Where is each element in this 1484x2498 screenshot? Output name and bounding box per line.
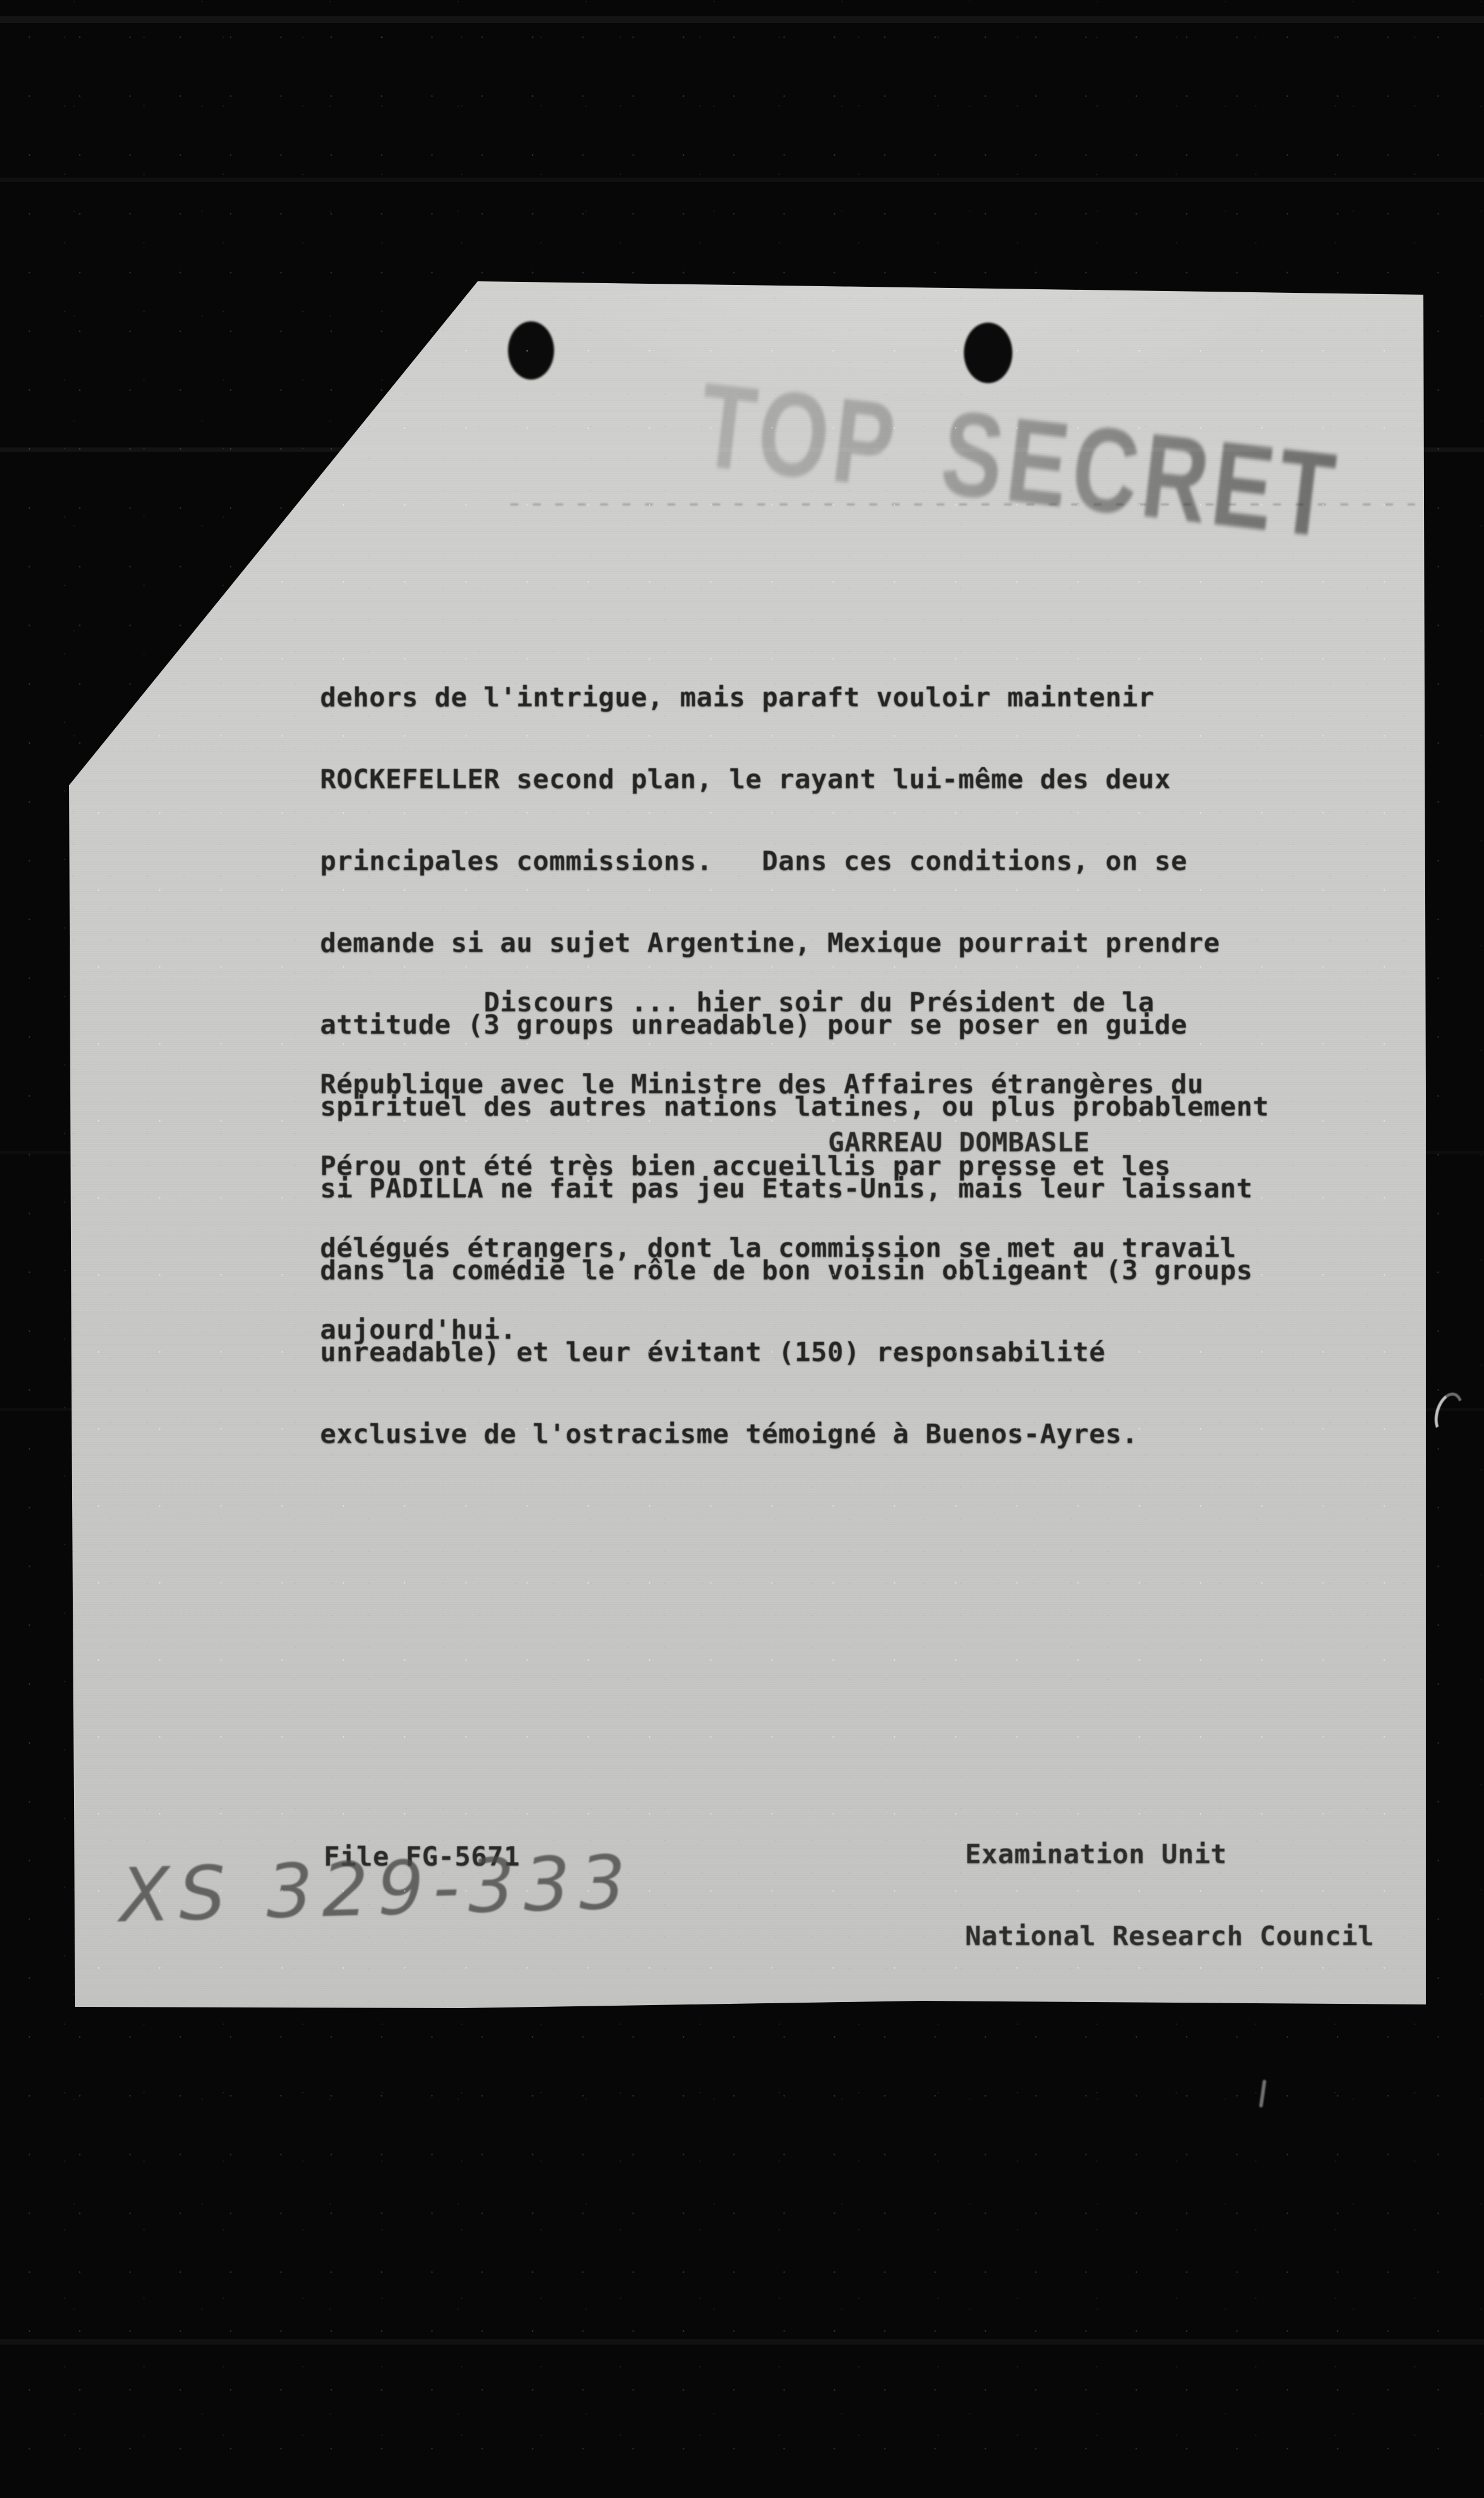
paper-sheet: TOP SECRET dehors de l'intrigue, mais pa… — [0, 0, 1484, 2498]
origin-block: Examination Unit National Research Counc… — [965, 1786, 1374, 2086]
body-line: ROCKEFELLER second plan, le rayant lui-m… — [320, 766, 1269, 793]
body-line: dehors de l'intrigue, mais paraft vouloi… — [320, 684, 1269, 711]
body-line: aujourd'hui. — [320, 1316, 1236, 1344]
top-secret-stamp: TOP SECRET — [692, 355, 1431, 575]
scan-streak — [0, 16, 1484, 23]
film-scratch — [1430, 1389, 1468, 1438]
scanned-document-page: TOP SECRET dehors de l'intrigue, mais pa… — [0, 0, 1484, 2498]
body-line: principales commissions. Dans ces condit… — [320, 848, 1269, 875]
body-paragraph-2: Discours ... hier soir du Président de l… — [320, 934, 1236, 1398]
hole-punch-left — [508, 321, 554, 380]
body-line: Pérou ont été très bien accueillis par p… — [320, 1153, 1236, 1180]
body-line: exclusive de l'ostracisme témoigné à Bue… — [320, 1421, 1269, 1448]
body-line: Discours ... hier soir du Président de l… — [320, 989, 1236, 1016]
origin-date: March 10, 1945 — [965, 2004, 1374, 2032]
signature-name: GARREAU DOMBASLE — [828, 1129, 1090, 1156]
scan-streak — [0, 178, 1484, 182]
scan-streak — [0, 2339, 1484, 2345]
origin-unit: Examination Unit — [965, 1841, 1374, 1868]
film-scratch — [1259, 2080, 1266, 2108]
handwritten-reference: XS 329-333 — [118, 1831, 636, 1947]
origin-organization: National Research Council — [965, 1923, 1374, 1950]
hole-punch-right — [964, 323, 1012, 383]
stamp-underline — [510, 503, 1415, 506]
body-line: République avec le Ministre des Affaires… — [320, 1071, 1236, 1098]
body-line: délégués étrangers, dont la commission s… — [320, 1234, 1236, 1262]
